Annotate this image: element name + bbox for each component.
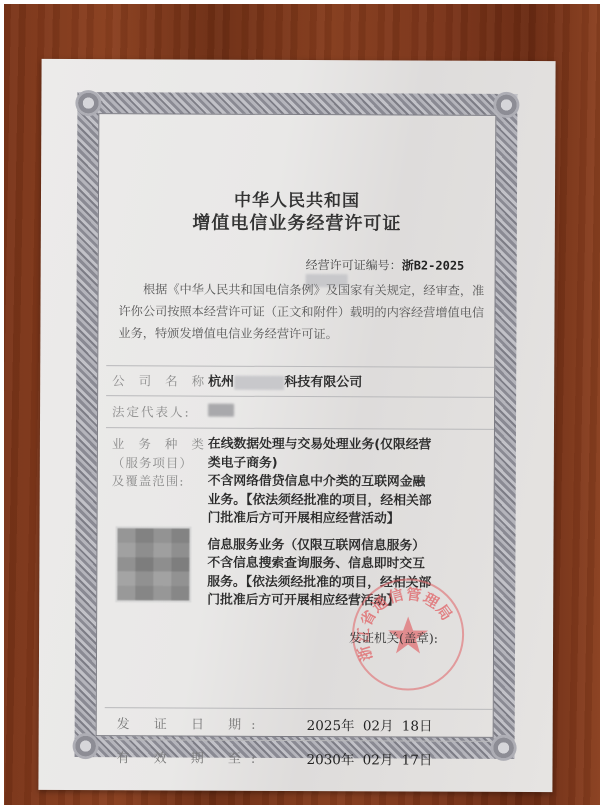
corner-ornament [493,92,519,118]
corner-ornament [75,90,101,116]
scope-label-line: 业 务 种 类 [112,435,209,454]
legal-rep-value [208,403,234,418]
company-name-prefix: 杭州 [208,375,234,390]
divider [106,427,494,430]
divider [106,395,494,398]
legal-rep-label: 法定代表人: [112,402,191,420]
issuer-label: 发证机关(盖章): [349,628,438,646]
scope-item-title: 在线数据处理与交易处理业务(仅限经营类电子商务) [208,436,433,474]
scope-item-detail: 不含网络借贷信息中介类的互联网金融业务。【依法须经批准的项目，经相关部门批准后方… [208,473,433,529]
license-certificate: 中华人民共和国 增值电信业务经营许可证 经营许可证编号：浙B2-2025 根据《… [38,59,555,792]
certificate-content: 中华人民共和国 增值电信业务经营许可证 经营许可证编号：浙B2-2025 根据《… [97,115,496,737]
scope-label-line: （服务项目） [112,454,209,473]
valid-until-label: 有 效 期 至: [117,747,266,767]
license-number-value: 浙B2-2025 [402,258,465,272]
redacted-block [234,375,284,389]
scope-label-line: 及覆盖范围: [112,472,209,491]
divider [106,365,494,368]
divider [105,707,493,710]
company-name-label: 公 司 名 称: [112,371,218,389]
license-number-label: 经营许可证编号： [306,258,402,272]
issue-date-label: 发 证 日 期: [117,713,266,733]
svg-text:浙江省通信管理局: 浙江省通信管理局 [353,585,456,664]
corner-ornament [491,735,517,761]
valid-until-value: 2030年 02月 17日 [307,748,433,769]
company-name-suffix: 科技有限公司 [284,375,362,390]
qr-code-redacted [115,526,191,602]
preamble-text: 根据《中华人民共和国电信条例》及国家有关规定，经审查，准许你公司按照本经营许可证… [118,278,488,346]
scope-label: 业 务 种 类 （服务项目） 及覆盖范围: [112,435,209,491]
corner-ornament [73,733,99,759]
issue-date-value: 2025年 02月 18日 [307,714,433,735]
redacted-block [208,404,234,417]
scope-item-title: 信息服务业务（仅限互联网信息服务） [207,536,432,555]
company-name-value: 杭州科技有限公司 [208,371,362,391]
title-license: 增值电信业务经营许可证 [99,208,495,236]
